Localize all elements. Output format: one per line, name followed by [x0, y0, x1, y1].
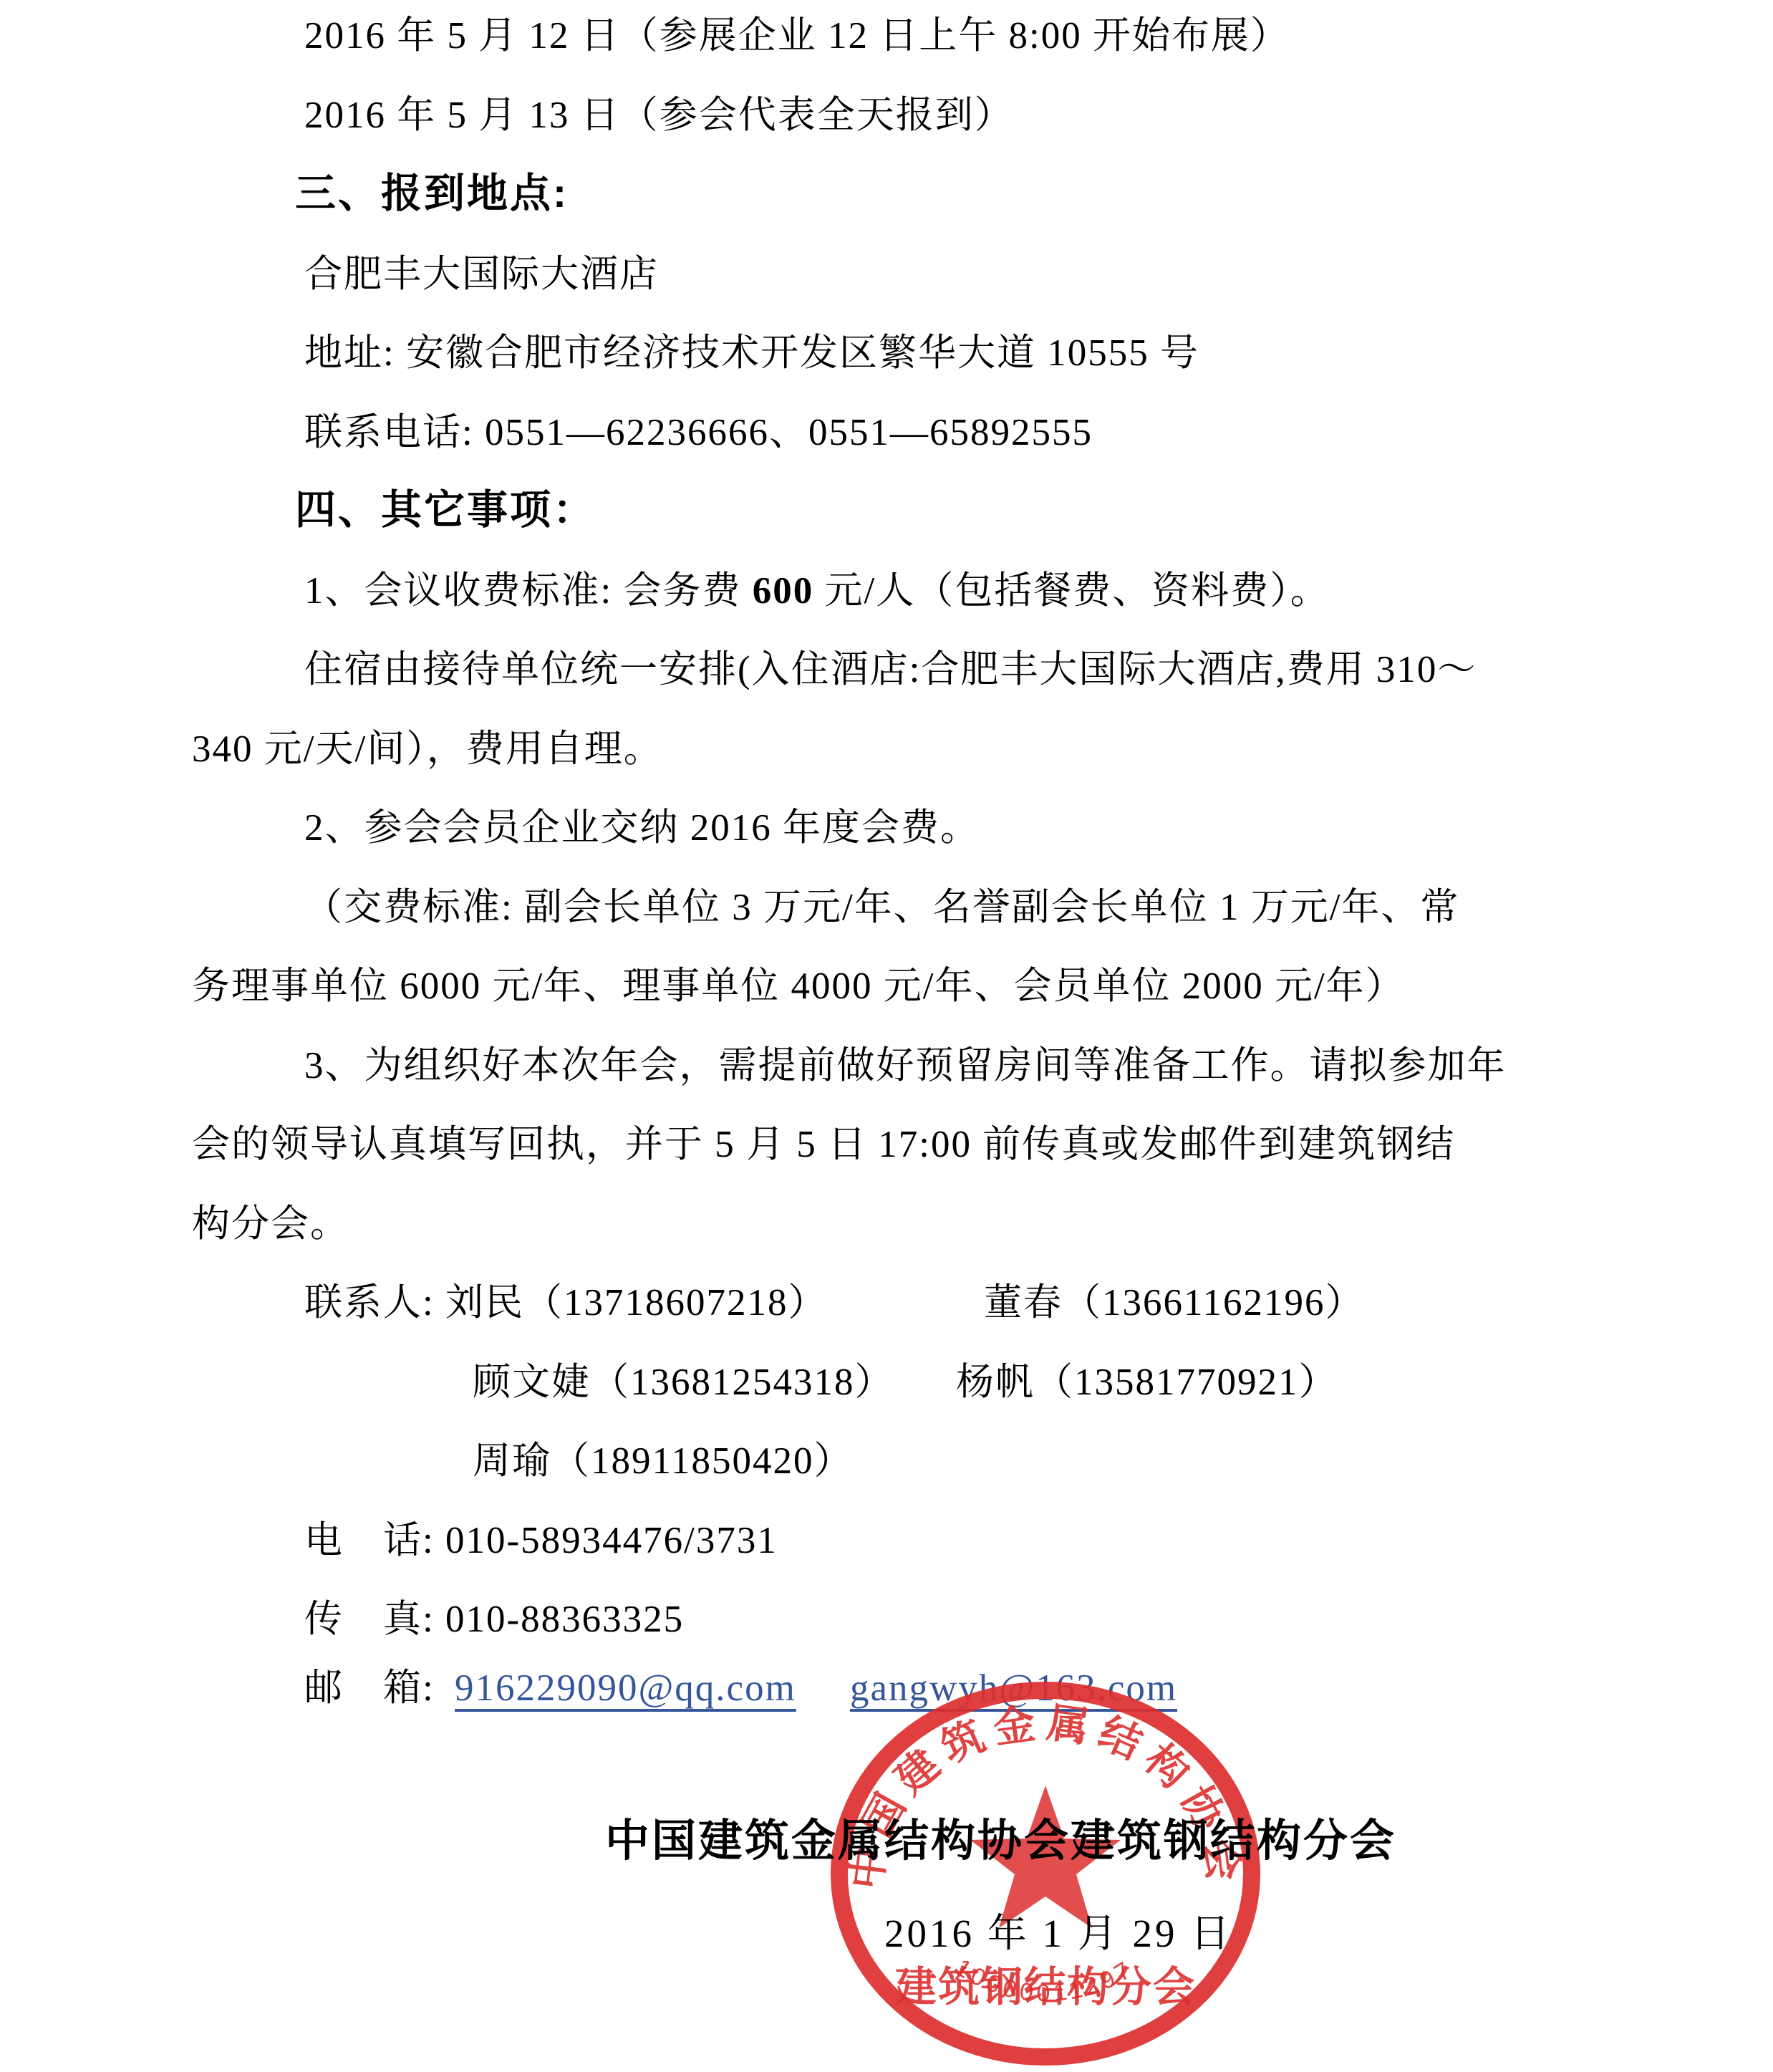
fee-schedule-line-1: （交费标准: 副会长单位 3 万元/年、名誉副会长单位 1 万元/年、常	[304, 885, 1459, 930]
contact-liumin: 联系人: 刘民（13718607218）	[304, 1282, 827, 1324]
contact-row-1: 联系人: 刘民（13718607218） 董春（13661162196）	[304, 1280, 827, 1326]
official-seal-graphic: 中国建筑金属结构协会 建筑钢结构分会 1100000112976	[823, 1682, 1267, 2072]
document-page: 2016 年 5 月 12 日（参展企业 12 日上午 8:00 开始布展） 2…	[0, 0, 1773, 2072]
fee-text-pre: 1、会议收费标准: 会务费	[304, 570, 753, 612]
section-heading-registration-location: 三、报到地点:	[295, 170, 569, 216]
contact-zhouyu: 周瑜（18911850420）	[473, 1438, 854, 1484]
section-heading-other-matters: 四、其它事项：	[295, 487, 596, 533]
fee-schedule-line-2: 务理事单位 6000 元/年、理事单位 4000 元/年、会员单位 2000 元…	[192, 963, 1405, 1009]
contact-dongchun: 董春（13661162196）	[984, 1280, 1365, 1326]
contact-row-2: 顾文婕（13681254318） 杨帆（13581770921）	[473, 1359, 894, 1405]
hotel-address: 地址: 安徽合肥市经济技术开发区繁华大道 10555 号	[304, 330, 1199, 376]
contact-yangfan: 杨帆（13581770921）	[956, 1359, 1338, 1405]
lodging-line-2: 340 元/天/间），费用自理。	[192, 726, 663, 772]
contact-fax: 传 真: 010-88363325	[304, 1596, 684, 1642]
schedule-line-2: 2016 年 5 月 13 日（参会代表全天报到）	[304, 92, 1014, 138]
preparation-item-line-3: 构分会。	[192, 1201, 349, 1247]
email-label: 邮 箱:	[304, 1667, 435, 1709]
hotel-name: 合肥丰大国际大酒店	[304, 251, 659, 297]
official-seal: 中国建筑金属结构协会 建筑钢结构分会 1100000112976	[823, 1682, 1267, 2072]
signature-organization: 中国建筑金属结构协会建筑钢结构分会	[605, 1805, 1396, 1869]
contact-guwenjie: 顾文婕（13681254318）	[473, 1362, 894, 1403]
contact-phone: 电 话: 010-58934476/3731	[304, 1518, 778, 1563]
preparation-item-line-2: 会的领导认真填写回执，并于 5 月 5 日 17:00 前传真或发邮件到建筑钢结	[192, 1122, 1455, 1167]
fee-standard-line: 1、会议收费标准: 会务费 600 元/人（包括餐费、资料费）。	[304, 568, 1330, 614]
contact-email-row: 邮 箱: 916229090@qq.com gangwyh@163.com	[304, 1665, 435, 1711]
signature-date: 2016 年 1 月 29 日	[884, 1902, 1232, 1958]
hotel-phones: 联系电话: 0551—62236666、0551—65892555	[304, 410, 1093, 456]
preparation-item-line-1: 3、为组织好本次年会，需提前做好预留房间等准备工作。请拟参加年	[304, 1043, 1507, 1089]
lodging-line-1: 住宿由接待单位统一安排(入住酒店:合肥丰大国际大酒店,费用 310～	[304, 647, 1477, 693]
fee-text-post: 元/人（包括餐费、资料费）。	[813, 570, 1329, 612]
fee-amount: 600	[753, 570, 814, 612]
schedule-line-1: 2016 年 5 月 12 日（参展企业 12 日上午 8:00 开始布展）	[304, 13, 1290, 59]
membership-fee-item: 2、参会会员企业交纳 2016 年度会费。	[304, 805, 980, 851]
email-link-qq[interactable]: 916229090@qq.com	[455, 1665, 796, 1711]
